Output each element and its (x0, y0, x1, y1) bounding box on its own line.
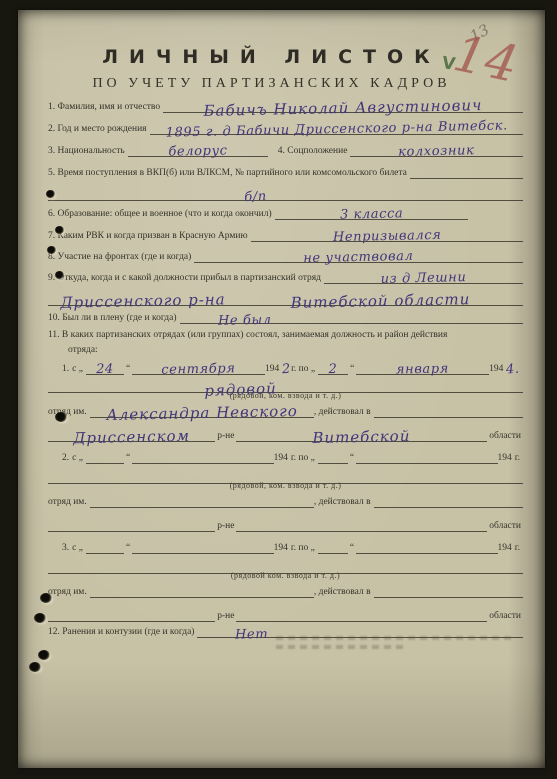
blank-line (236, 519, 487, 532)
blank-line: 3 класса (275, 207, 468, 220)
blank-line: 1895 г. д Бабичи Дриссенского р-на Витеб… (150, 122, 523, 135)
field-party-row: 5. Время поступления в ВКП(б) или ВЛКСМ,… (48, 166, 523, 179)
entry1-district-value: Дриссенском (48, 429, 215, 444)
blank-line: колхозник (350, 144, 523, 157)
blank-line (318, 541, 348, 554)
entry2-day-from (86, 465, 124, 466)
bleed-through-text (276, 645, 406, 649)
blank-line (356, 541, 497, 554)
date-prefix: с „ (72, 363, 86, 375)
bleed-through-text (276, 636, 516, 640)
entry1-month-from: сентября (132, 363, 265, 378)
field-rvk-row: 7. Каким РВК и когда призван в Красную А… (48, 229, 523, 242)
punch-hole (38, 650, 50, 660)
unit-label: отряд им. (48, 496, 90, 508)
field-captivity-value: Не был (179, 309, 523, 328)
blank-line: Бабичъ Николай Августинович (163, 100, 523, 113)
acted-label: , действовал в (314, 586, 374, 598)
blank-line: не участвовал (194, 250, 523, 263)
blank-line: Александра Невского (90, 405, 314, 418)
entry2-number: 2. (62, 452, 72, 464)
check-mark: V (441, 53, 457, 75)
year-prefix: 194 (274, 542, 291, 554)
entry2-day-to (318, 465, 348, 466)
year-prefix: 194 (489, 363, 506, 375)
date-middle: г. по „ (291, 542, 318, 554)
punch-hole (40, 593, 52, 603)
field-units-heading: 11. В каких партизанских отрядах (или гр… (48, 329, 523, 341)
quote-mark: “ (124, 542, 132, 554)
blank-line (374, 585, 523, 598)
entry3-position-caption: (рядовой ком. взвода и т. д.) (48, 571, 523, 580)
entry3-district-row: р-не области (48, 609, 523, 622)
entry1-year-from: 2 (282, 364, 292, 377)
blank-line (90, 585, 314, 598)
entry1-oblast-value: Витебской (236, 428, 487, 445)
field-fronts-row: 8. Участие на фронтах (где и когда) не у… (48, 250, 523, 263)
entry3-day-to (318, 555, 348, 556)
entry1-number: 1. (62, 363, 72, 375)
field-surname-label: 1. Фамилия, имя и отчество (48, 101, 163, 113)
blank-line: Непризывался (251, 229, 523, 242)
field-birth-label: 2. Год и место рождения (48, 123, 150, 135)
field-origin-row2: Дриссенского р-на Витебской области (48, 293, 523, 306)
field-social-label: 4. Соцположение (268, 145, 351, 157)
field-wounds-label: 12. Ранения и контузии (где и когда) (48, 626, 197, 638)
blank-line: б/п (48, 188, 523, 201)
field-birth-value: 1895 г. д Бабичи Дриссенского р-на Витеб… (149, 120, 523, 140)
entry3-day-from (86, 555, 124, 556)
blank-line: января (356, 362, 489, 375)
entry1-unit-row: отряд им. Александра Невского , действов… (48, 405, 523, 418)
field-units-label: 11. В каких партизанских отрядах (или гр… (48, 329, 450, 341)
entry2-position-caption: (рядовой, ком. взвода и т. д.) (48, 481, 523, 490)
entry1-unit-value: Александра Невского (90, 405, 314, 422)
field-fronts-label: 8. Участие на фронтах (где и когда) (48, 251, 194, 263)
blank-line: сентября (132, 362, 265, 375)
entry2-date-row: 2. с „ “ 194 г. по „ “ 194 г. (62, 451, 523, 464)
unit-label: отряд им. (48, 586, 90, 598)
page-number-red-pencil: 14 (449, 28, 522, 90)
year-prefix: 194 (498, 542, 515, 554)
punch-hole (55, 226, 64, 234)
form-subtitle: ПО УЧЕТУ ПАРТИЗАНСКИХ КАДРОВ (38, 76, 505, 92)
blank-line (48, 609, 215, 622)
date-prefix: с „ (72, 542, 86, 554)
date-prefix: с „ (72, 452, 86, 464)
field-captivity-row: 10. Был ли в плену (где и когда) Не был (48, 311, 523, 324)
year-suffix: г. (515, 542, 523, 554)
scanned-photo: { "document": { "title1": "ЛИЧНЫЙ ЛИСТОК… (0, 0, 557, 779)
field-education-label: 6. Образование: общее и военное (что и к… (48, 208, 275, 220)
district-label: р-не (215, 520, 236, 532)
field-origin-value2a: Дриссенского р-на (48, 293, 238, 309)
blank-line: белорус (128, 144, 268, 157)
field-captivity-label: 10. Был ли в плену (где и когда) (48, 312, 180, 324)
entry2-month-from (132, 464, 273, 467)
quote-mark: “ (348, 542, 356, 554)
blank-line (86, 451, 124, 464)
oblast-label: области (487, 430, 523, 442)
entry3-number: 3. (62, 542, 72, 554)
field-origin-value2b: Витебской области (238, 292, 523, 310)
punch-hole (34, 613, 46, 623)
field-origin-label: 9. Откуда, когда и с какой должности при… (48, 272, 324, 284)
district-label: р-не (215, 430, 236, 442)
field-rvk-label: 7. Каким РВК и когда призван в Красную А… (48, 230, 251, 242)
entry1-year-to: 4. (506, 364, 520, 377)
blank-line: 24 (86, 362, 124, 375)
field-nationality-row: 3. Национальность белорус 4. Соцположени… (48, 144, 523, 157)
blank-line (236, 609, 487, 622)
punch-hole (29, 662, 41, 672)
blank-line: 2 (318, 362, 348, 375)
entry1-position-caption: (рядовой, ком. взвода и т. д.) (48, 391, 523, 400)
acted-label: , действовал в (314, 496, 374, 508)
field-origin-value: из д Лешни (324, 271, 523, 287)
field-origin-row: 9. Откуда, когда и с какой должности при… (48, 271, 523, 284)
blank-line (132, 541, 273, 554)
entry1-day-to: 2 (318, 364, 348, 377)
entry1-date-row: 1. с „ 24 “ сентября 194 2 г. по „ 2 “ я… (62, 362, 523, 375)
date-middle: г. по „ (291, 363, 318, 375)
field-units-heading2: отряда: (68, 344, 523, 356)
entry3-date-row: 3. с „ “ 194 г. по „ “ 194 г. (62, 541, 523, 554)
entry1-district-row: Дриссенском р-не Витебской области (48, 429, 523, 442)
field-surname-value: Бабичъ Николай Августинович (163, 98, 523, 118)
oblast-label: области (487, 610, 523, 622)
field-party-label: 5. Время поступления в ВКП(б) или ВЛКСМ,… (48, 167, 410, 179)
punch-hole (47, 246, 56, 254)
blank-line: Не был (180, 311, 523, 324)
acted-label: , действовал в (314, 406, 374, 418)
entry3-month-to (356, 554, 497, 557)
quote-mark: “ (348, 452, 356, 464)
year-suffix: г. (515, 452, 523, 464)
blank-line: Витебской (236, 429, 487, 442)
field-fronts-value: не участвовал (194, 249, 523, 268)
field-units-label2: отряда: (68, 344, 101, 356)
entry2-district-row: р-не области (48, 519, 523, 532)
entry1-acted-value (374, 417, 523, 420)
entry3-month-from (132, 554, 273, 557)
blank-line (318, 451, 348, 464)
year-prefix: 194 (274, 452, 291, 464)
entry1-day-from: 24 (86, 364, 124, 377)
field-nationality-value: белорус (128, 145, 268, 160)
year-prefix: 194 (265, 363, 282, 375)
field-social-value: колхозник (350, 144, 523, 160)
field-birth-row: 2. Год и место рождения 1895 г. д Бабичи… (48, 122, 523, 135)
punch-hole (55, 271, 64, 279)
blank-line: Дриссенском (48, 429, 215, 442)
entry2-month-to (356, 464, 497, 467)
form-title: ЛИЧНЫЙ ЛИСТОК (58, 46, 485, 68)
blank-line: из д Лешни (324, 271, 523, 284)
quote-mark: “ (124, 452, 132, 464)
field-education-value: 3 класса (275, 207, 469, 223)
punch-hole (55, 412, 67, 422)
form-sheet: ЛИЧНЫЙ ЛИСТОК ПО УЧЕТУ ПАРТИЗАНСКИХ КАДР… (18, 10, 545, 768)
year-prefix: 194 (498, 452, 515, 464)
field-party-row2: б/п (48, 188, 523, 201)
field-surname-row: 1. Фамилия, имя и отчество Бабичъ Никола… (48, 100, 523, 113)
blank-line (86, 541, 124, 554)
entry3-unit-row: отряд им. , действовал в (48, 585, 523, 598)
blank-line: Витебской области (238, 293, 523, 306)
oblast-label: области (487, 520, 523, 532)
date-middle: г. по „ (291, 452, 318, 464)
blank-line (374, 405, 523, 418)
blank-line (356, 451, 497, 464)
entry2-unit-row: отряд им. , действовал в (48, 495, 523, 508)
punch-hole (46, 190, 55, 198)
blank-line (374, 495, 523, 508)
blank-line (90, 495, 314, 508)
blank-line (410, 166, 523, 179)
field-education-row: 6. Образование: общее и военное (что и к… (48, 207, 523, 220)
blank-line (48, 519, 215, 532)
blank-line (132, 451, 273, 464)
blank-line: Дриссенского р-на (48, 293, 238, 306)
field-rvk-value: Непризывался (250, 228, 523, 246)
district-label: р-не (215, 610, 236, 622)
field-nationality-label: 3. Национальность (48, 145, 128, 157)
